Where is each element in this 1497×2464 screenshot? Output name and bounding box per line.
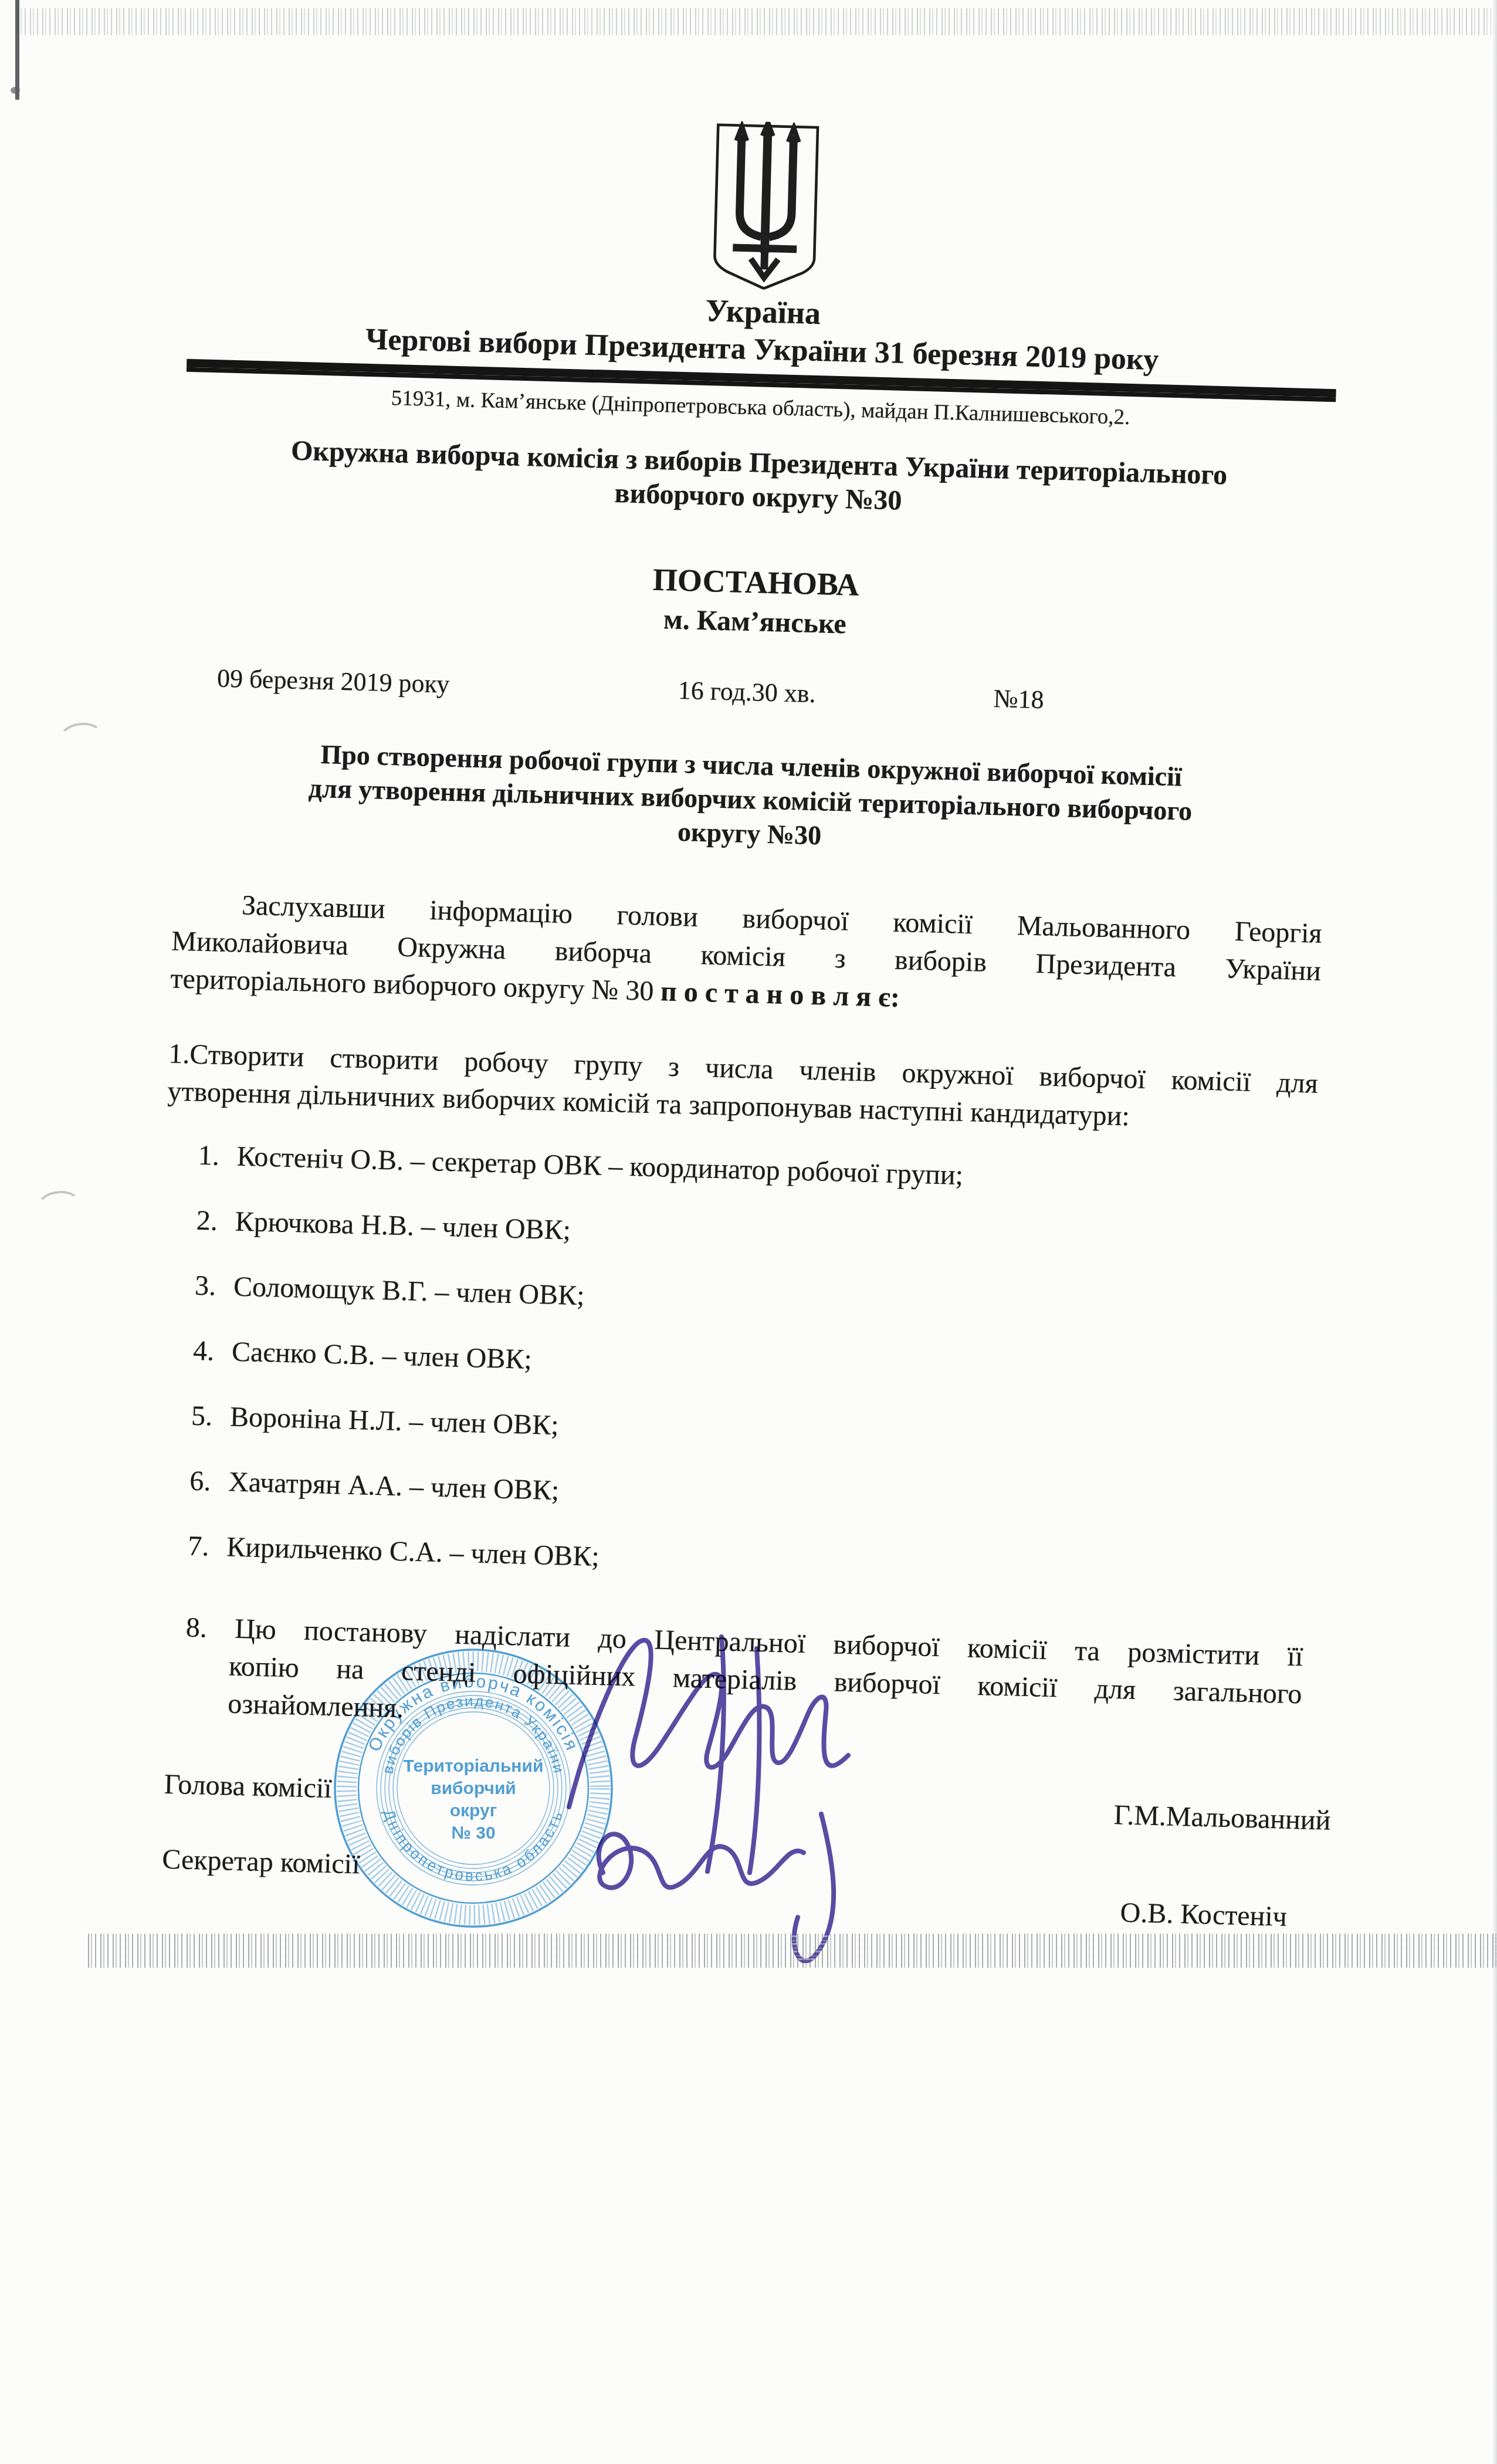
list-item-text: Вороніна Н.Л. – член ОВК; [230, 1401, 560, 1441]
list-item: 5.Вороніна Н.Л. – член ОВК; [191, 1397, 1309, 1464]
hole-punch-mark [35, 1189, 83, 1226]
list-item-number: 4. [192, 1332, 232, 1371]
scanned-document-page: Україна Чергові вибори Президента Україн… [0, 0, 1497, 2464]
document-time: 16 год.30 хв. [678, 675, 816, 709]
stamp-center-line: Територіальний [404, 1756, 544, 1776]
list-item-text: Соломощук В.Г. – член ОВК; [233, 1271, 585, 1311]
subject-heading: Про створення робочої групи з числа член… [174, 734, 1326, 866]
hole-punch-mark [57, 720, 106, 758]
scan-edge-dot-artifact [11, 87, 20, 94]
list-item-number: 1. [198, 1137, 238, 1176]
stamp-center-line: округ [450, 1801, 497, 1820]
chairman-signature-stroke [569, 1640, 848, 1807]
list-item-number: 7. [188, 1528, 228, 1566]
ukraine-trident-emblem-icon [706, 113, 826, 291]
list-item-text: Хачатрян А.А. – член ОВК; [228, 1466, 560, 1506]
secretary-name: О.В. Костеніч [1120, 1896, 1288, 1932]
secretary-signature-stroke [599, 1834, 804, 1887]
list-item: 1.Костеніч О.В. – секретар ОВК – координ… [198, 1137, 1316, 1204]
list-item: 3.Соломощук В.Г. – член ОВК; [194, 1267, 1312, 1334]
chairman-name: Г.М.Мальованний [1113, 1799, 1331, 1837]
list-item: 7.Кирильченко С.А. – член ОВК; [188, 1528, 1306, 1595]
scan-right-edge-shadow [1492, 0, 1497, 2464]
list-item-text: Костеніч О.В. – секретар ОВК – координат… [236, 1141, 963, 1191]
clause-1-paragraph: 1.Створити створити робочу групу з числа… [167, 1035, 1319, 1140]
list-item-number: 3. [194, 1267, 234, 1306]
list-item: 4.Саєнко С.В. – член ОВК; [192, 1332, 1310, 1399]
list-item-text: Крючкова Н.В. – член ОВК; [235, 1206, 571, 1246]
list-item-number: 6. [189, 1463, 229, 1501]
preamble-paragraph: Заслухавши інформацію голови виборчої ко… [170, 885, 1322, 1028]
chairman-signature-stroke [750, 1649, 759, 1873]
stamp-center-line: № 30 [451, 1823, 495, 1843]
list-item-text: Саєнко С.В. – член ОВК; [231, 1336, 532, 1375]
signature-ink [528, 1607, 915, 1983]
list-item: 2.Крючкова Н.В. – член ОВК; [196, 1202, 1314, 1269]
chairman-label: Голова комісії [164, 1769, 332, 1804]
resolve-word: п о с т а н о в л я є: [661, 976, 900, 1013]
scan-edge-artifact [15, 0, 19, 100]
scan-noise-band-bottom [88, 1934, 1497, 1968]
commission-title: Окружна виборча комісія з виборів Презид… [183, 431, 1334, 529]
list-item-number: 2. [196, 1202, 236, 1241]
list-item-text: Кирильченко С.А. – член ОВК; [226, 1531, 600, 1572]
document-date: 09 березня 2019 року [217, 663, 451, 699]
stamp-center-line: виборчий [431, 1779, 516, 1798]
list-item: 6.Хачатрян А.А. – член ОВК; [189, 1463, 1308, 1529]
date-row: 09 березня 2019 року 16 год.30 хв. №18 [178, 662, 1328, 729]
scan-noise-band-top [18, 8, 1491, 35]
members-list: 1.Костеніч О.В. – секретар ОВК – координ… [188, 1137, 1316, 1595]
document-number: №18 [993, 683, 1044, 715]
list-item-number: 5. [191, 1397, 231, 1436]
